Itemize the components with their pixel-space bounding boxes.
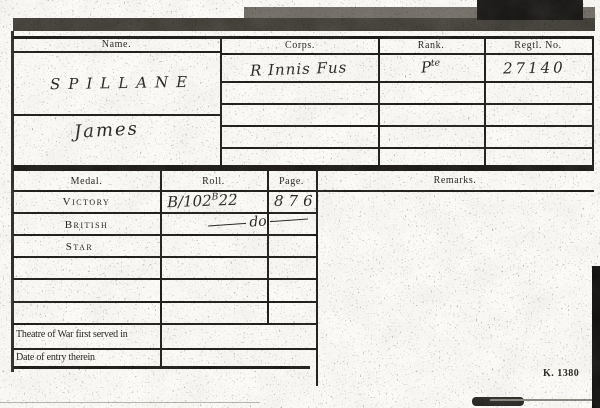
reference-stamp: K. 1380	[543, 368, 579, 379]
medal-column-header: Medal.	[13, 176, 160, 187]
scan-right-edge-band	[592, 266, 600, 408]
scan-bottom-left-line	[0, 402, 260, 403]
corps-handwriting: R Innis Fus	[250, 58, 348, 79]
grid-line	[267, 171, 269, 323]
grid-line	[13, 114, 220, 116]
grid-line	[160, 171, 162, 368]
medal-index-card-scan: Name. Corps. Rank. Regtl. No. Medal. Rol…	[0, 0, 600, 408]
scan-top-right-block	[477, 0, 583, 20]
theatre-of-war-label: Theatre of War first served in	[16, 329, 128, 340]
grid-line	[378, 36, 380, 165]
page-column-header: Page.	[267, 176, 316, 187]
grid-line	[222, 125, 594, 127]
grid-line	[220, 36, 222, 165]
grid-line	[13, 256, 317, 258]
forename-handwriting: James	[73, 118, 139, 142]
victory-page-handwriting: 876	[274, 192, 318, 210]
grid-line	[13, 301, 317, 303]
grid-line	[13, 165, 594, 171]
roll-suffix: 22	[218, 191, 238, 210]
rank-handwriting: Pte	[420, 57, 441, 76]
roll-prefix: B/102	[167, 192, 212, 212]
remarks-column-header: Remarks.	[316, 175, 594, 186]
ditto-dash-left	[208, 222, 246, 226]
medal-label-british: British	[13, 219, 160, 231]
victory-roll-handwriting: B/102B22	[167, 191, 238, 211]
roll-column-header: Roll.	[160, 176, 267, 187]
ditto-text: do	[246, 213, 270, 231]
grid-line	[484, 36, 486, 165]
grid-line	[222, 103, 594, 105]
grid-line	[13, 278, 317, 280]
name-column-header: Name.	[13, 39, 220, 50]
regimental-number-handwriting: 27140	[503, 58, 566, 77]
rank-column-header: Rank.	[378, 40, 484, 51]
rank-superscript: te	[430, 57, 440, 69]
scan-bottom-line	[490, 399, 592, 401]
regtl-no-column-header: Regtl. No.	[484, 40, 592, 51]
medal-label-victory: Victory	[13, 196, 160, 208]
corps-column-header: Corps.	[222, 40, 378, 51]
medal-label-star: Star	[6, 241, 153, 253]
grid-line	[222, 147, 594, 149]
grid-line	[13, 348, 317, 350]
grid-line	[222, 53, 594, 55]
surname-handwriting: SPILLANE	[50, 73, 195, 94]
date-of-entry-label: Date of entry therein	[16, 352, 95, 363]
ditto-dash-right	[270, 218, 308, 222]
grid-line	[222, 81, 594, 83]
grid-line	[13, 323, 317, 325]
grid-line	[13, 51, 220, 53]
grid-line	[13, 234, 317, 236]
